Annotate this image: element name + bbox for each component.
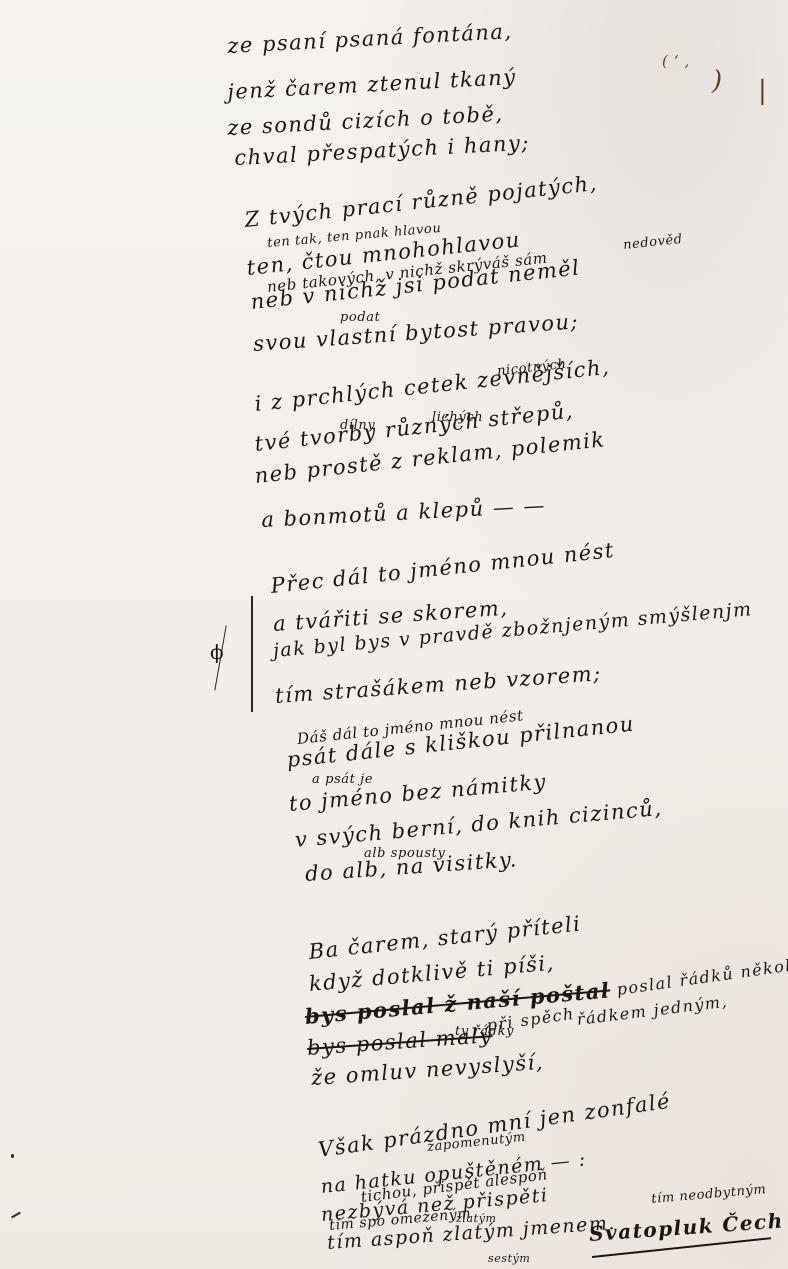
poem-line: svou vlastní bytost pravou; bbox=[252, 309, 579, 356]
poem-line: tím strašákem neb vzorem; bbox=[274, 661, 602, 708]
poem-insertion: sestým bbox=[488, 1252, 530, 1265]
margin-mark-icon: ϕ bbox=[210, 640, 225, 664]
corner-mark: | bbox=[758, 76, 768, 106]
poem-insertion: tím neodbytným bbox=[651, 1182, 767, 1207]
manuscript-page: ( ‘ , ) | ze psaní psaná fontána, jenž č… bbox=[0, 0, 788, 1269]
poem-insertion: nedověd bbox=[622, 232, 683, 253]
poem-insertion: poslal řádků několik, bbox=[615, 952, 788, 999]
poem-line: Přec dál to jméno mnou nést bbox=[269, 538, 615, 598]
corner-mark: ) bbox=[712, 66, 724, 96]
poem-line: Však prázdno mní jen zonfalé bbox=[317, 1089, 673, 1162]
poem-line: jenž čarem ztenul tkaný bbox=[227, 65, 517, 104]
poem-line: a bonmotů a klepů — — bbox=[261, 493, 547, 532]
ink-dot bbox=[11, 1154, 14, 1158]
corner-mark: ( ‘ , bbox=[662, 52, 690, 70]
ink-dash bbox=[11, 1212, 21, 1219]
poem-insertion: zlatým bbox=[456, 1212, 497, 1225]
margin-bracket-line bbox=[251, 596, 253, 712]
poem-line: ze psaní psaná fontána, bbox=[227, 19, 513, 58]
